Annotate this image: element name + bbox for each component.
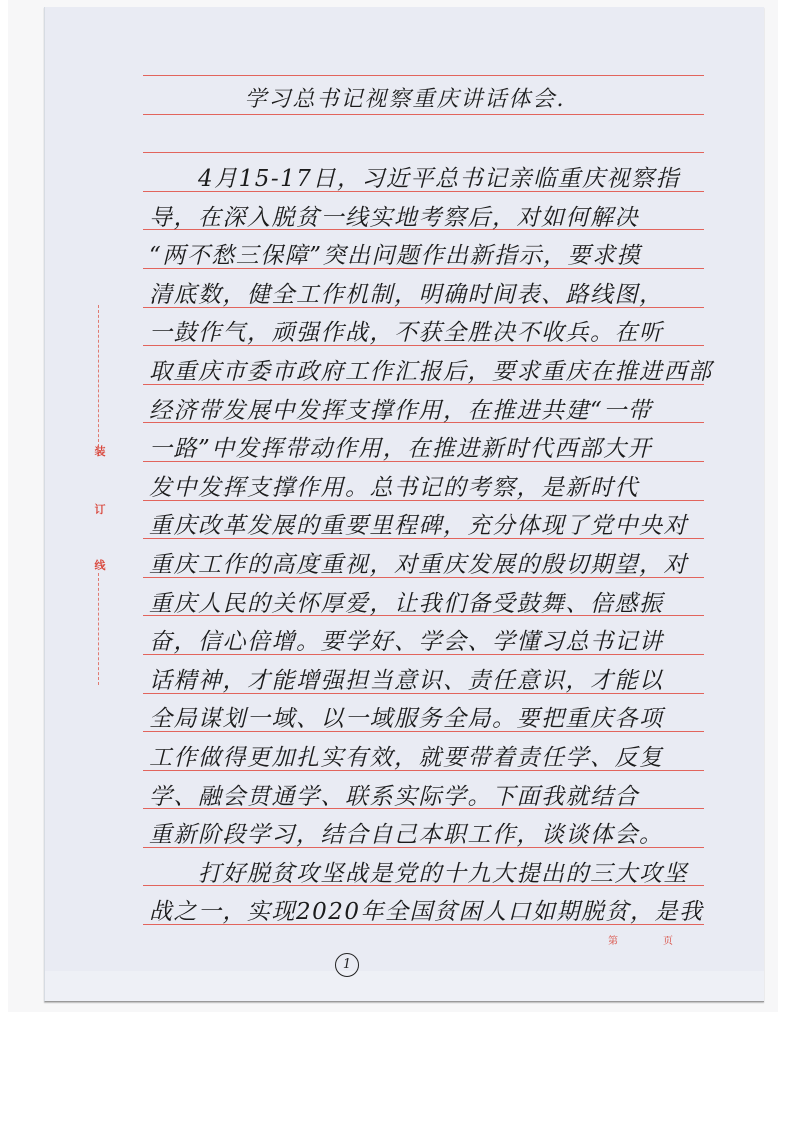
text-line: 话精神，才能增强担当意识、责任意识，才能以 bbox=[149, 662, 709, 695]
binding-dashed-line-top bbox=[98, 305, 99, 447]
text-line: 全局谋划一域、以一域服务全局。要把重庆各项 bbox=[149, 700, 709, 733]
page-label-prefix: 第 bbox=[608, 932, 618, 947]
text-line: 工作做得更加扎实有效，就要带着责任学、反复 bbox=[149, 739, 709, 772]
binding-margin: 装 订 线 bbox=[93, 305, 105, 695]
text-line: 4月15-17日，习近平总书记亲临重庆视察指 bbox=[149, 160, 709, 193]
text-line: 取重庆市委市政府工作汇报后，要求重庆在推进西部 bbox=[149, 353, 709, 386]
text-line: 重新阶段学习，结合自己本职工作，谈谈体会。 bbox=[149, 816, 709, 849]
letter-paper-page: 装 订 线 学习总书记视察重庆讲话体会. 4月15-17日，习近平总书记亲临重庆… bbox=[44, 7, 764, 1002]
document-title: 学习总书记视察重庆讲话体会. bbox=[195, 82, 615, 113]
binding-char-xian: 线 bbox=[93, 557, 107, 573]
text-line: 一路”中发挥带动作用，在推进新时代西部大开 bbox=[149, 430, 709, 463]
binding-char-zhuang: 装 bbox=[93, 443, 107, 459]
text-line: “两不愁三保障”突出问题作出新指示，要求摸 bbox=[149, 237, 709, 270]
text-line: 战之一，实现2020年全国贫困人口如期脱贫，是我 bbox=[149, 893, 709, 926]
text-line: 清底数，健全工作机制，明确时间表、路线图， bbox=[149, 276, 709, 309]
page-label-suffix: 页 bbox=[663, 932, 673, 947]
binding-dashed-line-bottom bbox=[98, 573, 99, 685]
text-line: 学、融会贯通学、联系实际学。下面我就结合 bbox=[149, 778, 709, 811]
text-line: 发中发挥支撑作用。总书记的考察，是新时代 bbox=[149, 469, 709, 502]
text-line: 重庆人民的关怀厚爱，让我们备受鼓舞、倍感振 bbox=[149, 585, 709, 618]
text-line: 打好脱贫攻坚战是党的十九大提出的三大攻坚 bbox=[149, 855, 709, 888]
page-lower-strip bbox=[45, 971, 764, 1001]
rule-line bbox=[143, 114, 704, 115]
rule-line bbox=[143, 152, 704, 153]
rule-line bbox=[143, 75, 704, 76]
text-line: 重庆改革发展的重要里程碑，充分体现了党中央对 bbox=[149, 507, 709, 540]
binding-char-ding: 订 bbox=[93, 501, 107, 517]
text-line: 奋，信心倍增。要学好、学会、学懂习总书记讲 bbox=[149, 623, 709, 656]
text-line: 导，在深入脱贫一线实地考察后，对如何解决 bbox=[149, 199, 709, 232]
circled-page-number: 1 bbox=[335, 953, 359, 977]
text-line: 一鼓作气，顽强作战，不获全胜决不收兵。在听 bbox=[149, 314, 709, 347]
text-line: 经济带发展中发挥支撑作用，在推进共建“一带 bbox=[149, 392, 709, 425]
text-line: 重庆工作的高度重视，对重庆发展的殷切期望，对 bbox=[149, 546, 709, 579]
